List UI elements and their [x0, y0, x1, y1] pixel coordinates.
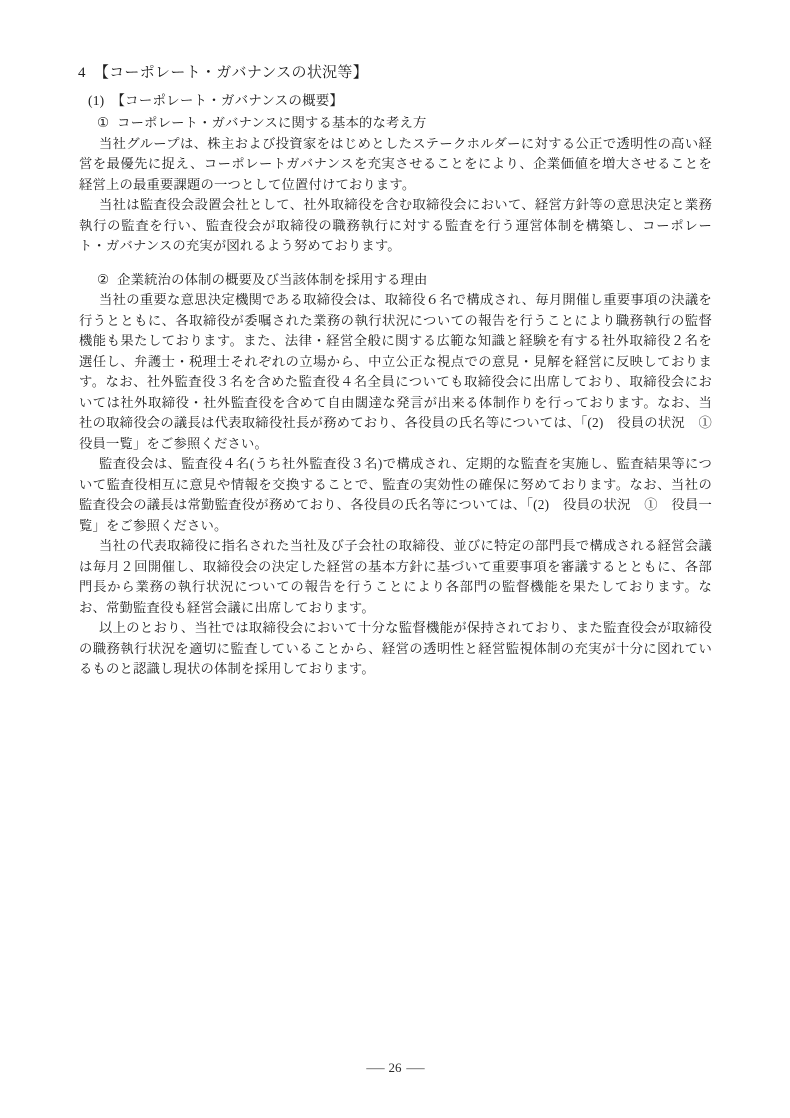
subsection-heading: (1)【コーポレート・ガバナンスの概要】 [88, 90, 712, 111]
paragraph: 当社の代表取締役に指名された当社及び子会社の取締役、並びに特定の部門長で構成され… [79, 536, 712, 618]
paragraph: 当社グループは、株主および投資家をはじめとしたステークホルダーに対する公正で透明… [79, 134, 712, 196]
item-body: 当社の重要な意思決定機関である取締役会は、取締役６名で構成され、毎月開催し重要事… [78, 290, 712, 680]
section-title: 【コーポレート・ガバナンスの状況等】 [94, 65, 368, 81]
item-governance-structure: ②企業統治の体制の概要及び当該体制を採用する理由 当社の重要な意思決定機関である… [78, 270, 712, 680]
section-heading: 4【コーポレート・ガバナンスの状況等】 [78, 62, 712, 85]
page-content: 4【コーポレート・ガバナンスの状況等】 (1)【コーポレート・ガバナンスの概要】… [0, 0, 790, 680]
paragraph: 当社の重要な意思決定機関である取締役会は、取締役６名で構成され、毎月開催し重要事… [79, 290, 712, 454]
item-number: ② [97, 272, 109, 287]
page-footer: ―26― [0, 1059, 790, 1077]
item-number: ① [97, 115, 109, 130]
item-basic-policy: ①コーポレート・ガバナンスに関する基本的な考え方 当社グループは、株主および投資… [78, 113, 712, 257]
subsection-title: 【コーポレート・ガバナンスの概要】 [111, 93, 343, 108]
item-body: 当社グループは、株主および投資家をはじめとしたステークホルダーに対する公正で透明… [78, 134, 712, 257]
footer-left-dash: ― [366, 1059, 384, 1077]
paragraph: 当社は監査役会設置会社として、社外取締役を含む取締役会において、経営方針等の意思… [79, 195, 712, 257]
subsection-number: (1) [88, 93, 104, 108]
item-heading: ①コーポレート・ガバナンスに関する基本的な考え方 [97, 113, 712, 134]
section-number: 4 [78, 65, 86, 81]
item-heading: ②企業統治の体制の概要及び当該体制を採用する理由 [97, 270, 712, 291]
document-page: 4【コーポレート・ガバナンスの状況等】 (1)【コーポレート・ガバナンスの概要】… [0, 0, 790, 1118]
item-title: コーポレート・ガバナンスに関する基本的な考え方 [117, 115, 426, 130]
paragraph: 以上のとおり、当社では取締役会において十分な監督機能が保持されており、また監査役… [79, 618, 712, 680]
paragraph: 監査役会は、監査役４名(うち社外監査役３名)で構成され、定期的な監査を実施し、監… [79, 454, 712, 536]
footer-right-dash: ― [406, 1059, 424, 1077]
item-title: 企業統治の体制の概要及び当該体制を採用する理由 [117, 272, 427, 287]
page-number: 26 [389, 1060, 402, 1075]
